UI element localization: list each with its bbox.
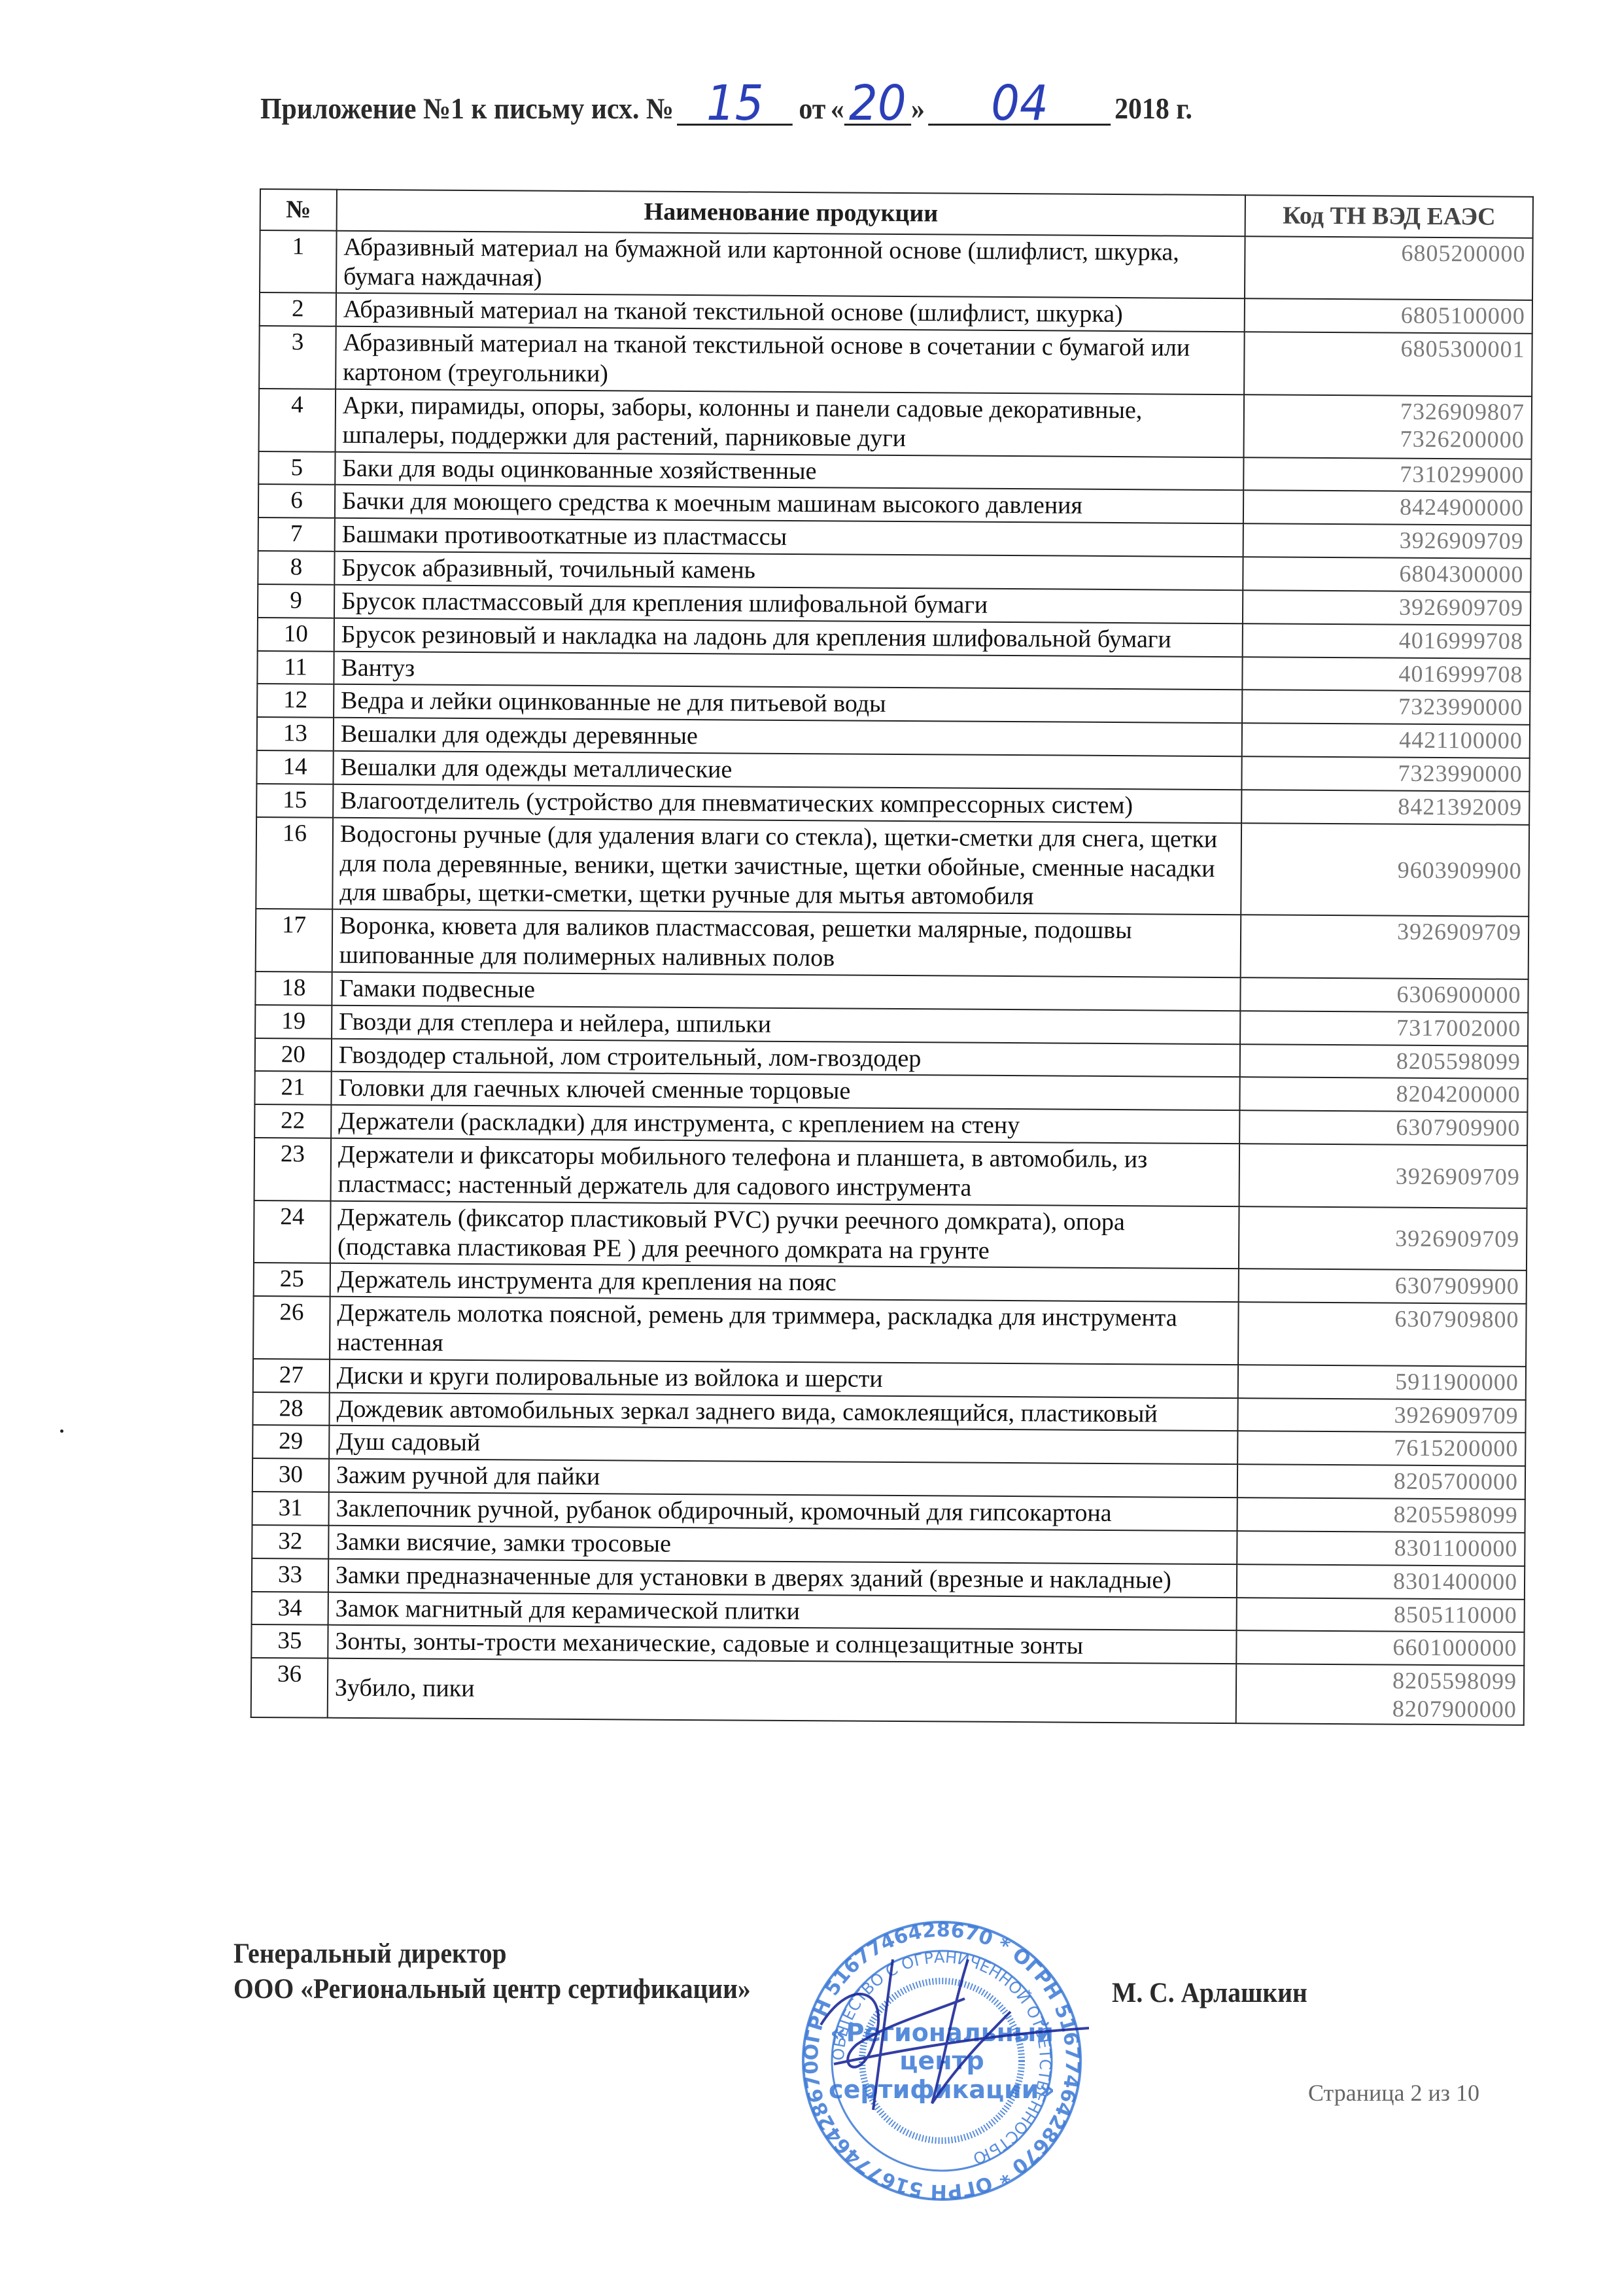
scan-artifact-dot <box>60 1429 63 1433</box>
row-number: 23 <box>254 1138 331 1200</box>
day-field: 20 <box>844 83 911 126</box>
code-value: 3926909709 <box>1251 526 1524 555</box>
column-header-name: Наименование продукции <box>337 190 1246 236</box>
product-name: Абразивный материал на тканой текстильно… <box>336 293 1245 332</box>
row-number: 33 <box>252 1558 328 1592</box>
row-number: 3 <box>259 326 336 389</box>
tn-ved-code: 6307909900 <box>1239 1269 1527 1305</box>
code-value: 6307909900 <box>1246 1271 1519 1301</box>
row-number: 18 <box>255 972 332 1006</box>
table-row: 23Держатели и фиксаторы мобильного телеф… <box>254 1138 1528 1208</box>
row-number: 25 <box>254 1263 330 1297</box>
tn-ved-code: 3926909709 <box>1239 1144 1527 1208</box>
code-value: 7310299000 <box>1251 459 1525 489</box>
code-value: 6805100000 <box>1252 301 1525 330</box>
product-name: Держатель (фиксатор пластиковый PVC) руч… <box>330 1200 1239 1269</box>
product-name: Арки, пирамиды, опоры, заборы, колонны и… <box>335 389 1244 457</box>
row-number: 12 <box>257 684 334 718</box>
tn-ved-code: 8505110000 <box>1237 1598 1525 1633</box>
row-number: 4 <box>259 389 336 451</box>
row-number: 8 <box>258 551 334 585</box>
product-name: Замок магнитный для керамической плитки <box>328 1592 1237 1630</box>
code-value: 7615200000 <box>1245 1433 1518 1463</box>
product-name: Водосгоны ручные (для удаления влаги со … <box>332 817 1241 915</box>
product-name: Головки для гаечных ключей сменные торцо… <box>331 1072 1240 1110</box>
product-name: Воронка, кювета для валиков пластмассова… <box>332 909 1241 977</box>
day-handwritten: 20 <box>844 79 911 128</box>
tn-ved-code: 3926909709 <box>1239 1206 1527 1270</box>
column-header-number: № <box>260 189 337 231</box>
tn-ved-code: 3926909709 <box>1241 915 1529 979</box>
row-number: 34 <box>252 1592 328 1626</box>
product-name: Башмаки противооткатные из пластмассы <box>335 518 1244 557</box>
row-number: 14 <box>256 750 333 784</box>
tn-ved-code: 9603909900 <box>1241 823 1530 917</box>
tn-ved-code: 8301100000 <box>1237 1531 1525 1566</box>
code-value: 8205598099 <box>1243 1666 1517 1695</box>
tn-ved-code: 6805200000 <box>1245 236 1532 300</box>
product-name: Держатель молотка поясной, ремень для тр… <box>330 1297 1239 1365</box>
row-number: 30 <box>252 1458 329 1492</box>
tn-ved-code: 4016999708 <box>1243 657 1530 692</box>
tn-ved-code: 6805300001 <box>1244 332 1532 396</box>
product-name: Гамаки подвесные <box>332 972 1241 1011</box>
row-number: 35 <box>251 1624 328 1658</box>
signer-organization: ООО «Региональный центр сертификации» <box>233 1972 751 2007</box>
code-value: 4016999708 <box>1250 659 1523 688</box>
product-name: Абразивный материал на бумажной или карт… <box>336 231 1245 299</box>
code-value: 4016999708 <box>1250 625 1523 655</box>
product-name: Диски и круги полировальные из войлока и… <box>330 1359 1239 1397</box>
header-from-label: от <box>799 92 825 126</box>
code-value: 6805300001 <box>1252 334 1525 364</box>
product-name: Абразивный материал на тканой текстильно… <box>336 326 1245 394</box>
table-header-row: № Наименование продукции Код ТН ВЭД ЕАЭС <box>260 189 1533 238</box>
code-value: 4421100000 <box>1249 726 1523 755</box>
tn-ved-code: 6307909900 <box>1239 1110 1527 1146</box>
code-value: 3926909709 <box>1245 1400 1519 1429</box>
stamp-seal-icon: ОГРН 5167746428670 * ОГРН 5167746428670 … <box>795 1914 1089 2208</box>
tn-ved-code: 4421100000 <box>1242 723 1530 758</box>
product-name: Держатели (раскладки) для инструмента, с… <box>331 1105 1240 1144</box>
row-number: 36 <box>251 1658 328 1718</box>
code-value: 8301400000 <box>1244 1566 1517 1596</box>
product-name: Заклепочник ручной, рубанок обдирочный, … <box>328 1492 1237 1531</box>
product-name: Ведра и лейки оцинкованные не для питьев… <box>334 684 1243 723</box>
product-name: Держатель инструмента для крепления на п… <box>330 1263 1239 1302</box>
code-value: 6804300000 <box>1251 559 1524 588</box>
code-value: 8205700000 <box>1245 1467 1518 1496</box>
document-header: Приложение №1 к письму исх. № 15 от « 20… <box>260 73 1192 126</box>
code-value: 3926909709 <box>1247 1161 1520 1191</box>
product-name: Держатели и фиксаторы мобильного телефон… <box>330 1138 1239 1206</box>
code-value: 7317002000 <box>1247 1013 1521 1042</box>
code-value: 8205598099 <box>1247 1046 1521 1076</box>
row-number: 32 <box>252 1525 328 1559</box>
row-number: 21 <box>254 1071 331 1105</box>
signature-block: Генеральный директор ООО «Региональный ц… <box>233 1936 751 2007</box>
table-body: 1Абразивный материал на бумажной или кар… <box>251 230 1533 1725</box>
tn-ved-code: 6307909800 <box>1238 1302 1526 1366</box>
code-value: 8207900000 <box>1243 1694 1517 1723</box>
code-value: 8505110000 <box>1244 1600 1517 1629</box>
product-name: Бачки для моющего средства к моечным маш… <box>335 485 1244 523</box>
table-row: 1Абразивный материал на бумажной или кар… <box>260 230 1533 301</box>
code-value: 6805200000 <box>1253 238 1526 268</box>
row-number: 13 <box>257 717 334 751</box>
code-value: 8301100000 <box>1245 1533 1518 1562</box>
product-name: Дождевик автомобильных зеркал заднего ви… <box>329 1392 1238 1431</box>
row-number: 29 <box>252 1425 329 1459</box>
tn-ved-code: 8205598099 <box>1237 1498 1525 1533</box>
company-stamp: ОГРН 5167746428670 * ОГРН 5167746428670 … <box>795 1914 1089 2208</box>
signer-name: М. С. Арлашкин <box>1112 1977 1307 2009</box>
code-value: 8205598099 <box>1245 1499 1518 1529</box>
tn-ved-code: 7323990000 <box>1242 756 1530 792</box>
product-name: Зажим ручной для пайки <box>329 1459 1238 1498</box>
header-prefix: Приложение №1 к письму исх. № <box>260 92 674 126</box>
row-number: 1 <box>260 230 336 293</box>
table-row: 16Водосгоны ручные (для удаления влаги с… <box>256 817 1529 917</box>
table-row: 3Абразивный материал на тканой текстильн… <box>259 326 1532 396</box>
product-name: Замки предназначенные для установки в дв… <box>328 1558 1237 1597</box>
tn-ved-code: 3926909709 <box>1238 1398 1526 1433</box>
product-name: Брусок абразивный, точильный камень <box>334 552 1243 590</box>
row-number: 28 <box>252 1392 329 1426</box>
letter-number-field: 15 <box>677 83 793 126</box>
row-number: 20 <box>255 1038 332 1072</box>
tn-ved-code: 5911900000 <box>1238 1365 1526 1400</box>
table-row: 26Держатель молотка поясной, ремень для … <box>253 1296 1527 1367</box>
row-number: 6 <box>258 484 335 518</box>
product-name: Душ садовый <box>329 1426 1238 1464</box>
code-value: 3926909709 <box>1250 592 1523 622</box>
tn-ved-code: 4016999708 <box>1243 623 1530 659</box>
tn-ved-code: 82055980998207900000 <box>1236 1664 1524 1725</box>
tn-ved-code: 7615200000 <box>1237 1431 1525 1467</box>
code-value: 6307909800 <box>1246 1304 1519 1333</box>
products-table: № Наименование продукции Код ТН ВЭД ЕАЭС… <box>251 188 1534 1726</box>
tn-ved-code: 7310299000 <box>1244 457 1532 493</box>
product-name: Замки висячие, замки тросовые <box>328 1526 1237 1564</box>
row-number: 31 <box>252 1492 329 1526</box>
row-number: 15 <box>256 784 333 818</box>
product-name: Брусок резиновый и накладка на ладонь дл… <box>334 618 1243 656</box>
signer-position: Генеральный директор <box>233 1936 751 1972</box>
tn-ved-code: 3926909709 <box>1243 590 1530 625</box>
row-number: 7 <box>258 517 335 552</box>
column-header-code: Код ТН ВЭД ЕАЭС <box>1245 195 1533 238</box>
tn-ved-code: 6601000000 <box>1237 1631 1525 1666</box>
product-name: Зонты, зонты-трости механические, садовы… <box>328 1625 1237 1664</box>
code-value: 6307909900 <box>1247 1112 1520 1142</box>
tn-ved-code: 73269098077326200000 <box>1244 394 1532 459</box>
letter-number-handwritten: 15 <box>677 79 793 128</box>
code-value: 8204200000 <box>1247 1079 1521 1109</box>
code-value: 8421392009 <box>1249 792 1522 821</box>
tn-ved-code: 8421392009 <box>1241 790 1529 825</box>
row-number: 19 <box>255 1005 332 1039</box>
code-value: 7323990000 <box>1249 692 1523 722</box>
header-year: 2018 г. <box>1114 92 1192 126</box>
row-number: 5 <box>258 451 335 485</box>
month-field: 04 <box>929 83 1111 126</box>
row-number: 10 <box>258 618 334 652</box>
tn-ved-code: 7317002000 <box>1240 1011 1528 1046</box>
row-number: 16 <box>256 817 333 909</box>
tn-ved-code: 8204200000 <box>1240 1077 1528 1113</box>
tn-ved-code: 8205700000 <box>1237 1464 1525 1499</box>
product-name: Вантуз <box>334 651 1243 690</box>
svg-text:«Региональный: «Региональный <box>830 2018 1054 2047</box>
row-number: 24 <box>254 1200 330 1263</box>
table-row: 24Держатель (фиксатор пластиковый PVC) р… <box>254 1200 1527 1271</box>
code-value: 9603909900 <box>1249 855 1522 885</box>
tn-ved-code: 6804300000 <box>1243 557 1531 592</box>
product-name: Зубило, пики <box>328 1658 1237 1723</box>
row-number: 26 <box>253 1296 330 1359</box>
tn-ved-code: 8205598099 <box>1240 1044 1528 1079</box>
row-number: 22 <box>254 1104 331 1138</box>
code-value: 7326200000 <box>1251 425 1525 454</box>
tn-ved-code: 7323990000 <box>1242 690 1530 726</box>
code-value: 3926909709 <box>1248 917 1521 946</box>
tn-ved-code: 8424900000 <box>1243 491 1531 526</box>
code-value: 6306900000 <box>1248 979 1521 1009</box>
document-page: Приложение №1 к письму исх. № 15 от « 20… <box>0 0 1624 2295</box>
row-number: 2 <box>260 292 336 326</box>
code-value: 6601000000 <box>1244 1633 1517 1662</box>
tn-ved-code: 6306900000 <box>1241 977 1529 1013</box>
product-name: Баки для воды оцинкованные хозяйственные <box>335 451 1244 490</box>
table-row: 36Зубило, пики82055980998207900000 <box>251 1658 1525 1725</box>
code-value: 5911900000 <box>1245 1367 1519 1396</box>
product-name: Брусок пластмассовый для крепления шлифо… <box>334 585 1243 623</box>
product-name: Вешалки для одежды металлические <box>333 751 1242 790</box>
row-number: 11 <box>257 651 334 685</box>
product-name: Гвозди для степлера и нейлера, шпильки <box>332 1005 1241 1043</box>
page-number: Страница 2 из 10 <box>1308 2079 1479 2107</box>
product-name: Влагоотделитель (устройство для пневмати… <box>333 784 1242 823</box>
row-number: 27 <box>253 1359 330 1393</box>
code-value: 8424900000 <box>1251 493 1524 522</box>
table-row: 4Арки, пирамиды, опоры, заборы, колонны … <box>259 389 1532 459</box>
tn-ved-code: 6805100000 <box>1245 299 1532 334</box>
tn-ved-code: 3926909709 <box>1243 523 1531 559</box>
product-name: Вешалки для одежды деревянные <box>334 718 1243 756</box>
code-value: 3926909709 <box>1246 1224 1519 1253</box>
tn-ved-code: 8301400000 <box>1237 1564 1525 1600</box>
product-name: Гвоздодер стальной, лом строительный, ло… <box>332 1038 1241 1077</box>
code-value: 7326909807 <box>1251 396 1525 426</box>
table-row: 17Воронка, кювета для валиков пластмассо… <box>256 909 1529 979</box>
row-number: 17 <box>256 909 332 972</box>
month-handwritten: 04 <box>929 79 1111 128</box>
code-value: 7323990000 <box>1249 758 1523 788</box>
row-number: 9 <box>258 584 334 618</box>
